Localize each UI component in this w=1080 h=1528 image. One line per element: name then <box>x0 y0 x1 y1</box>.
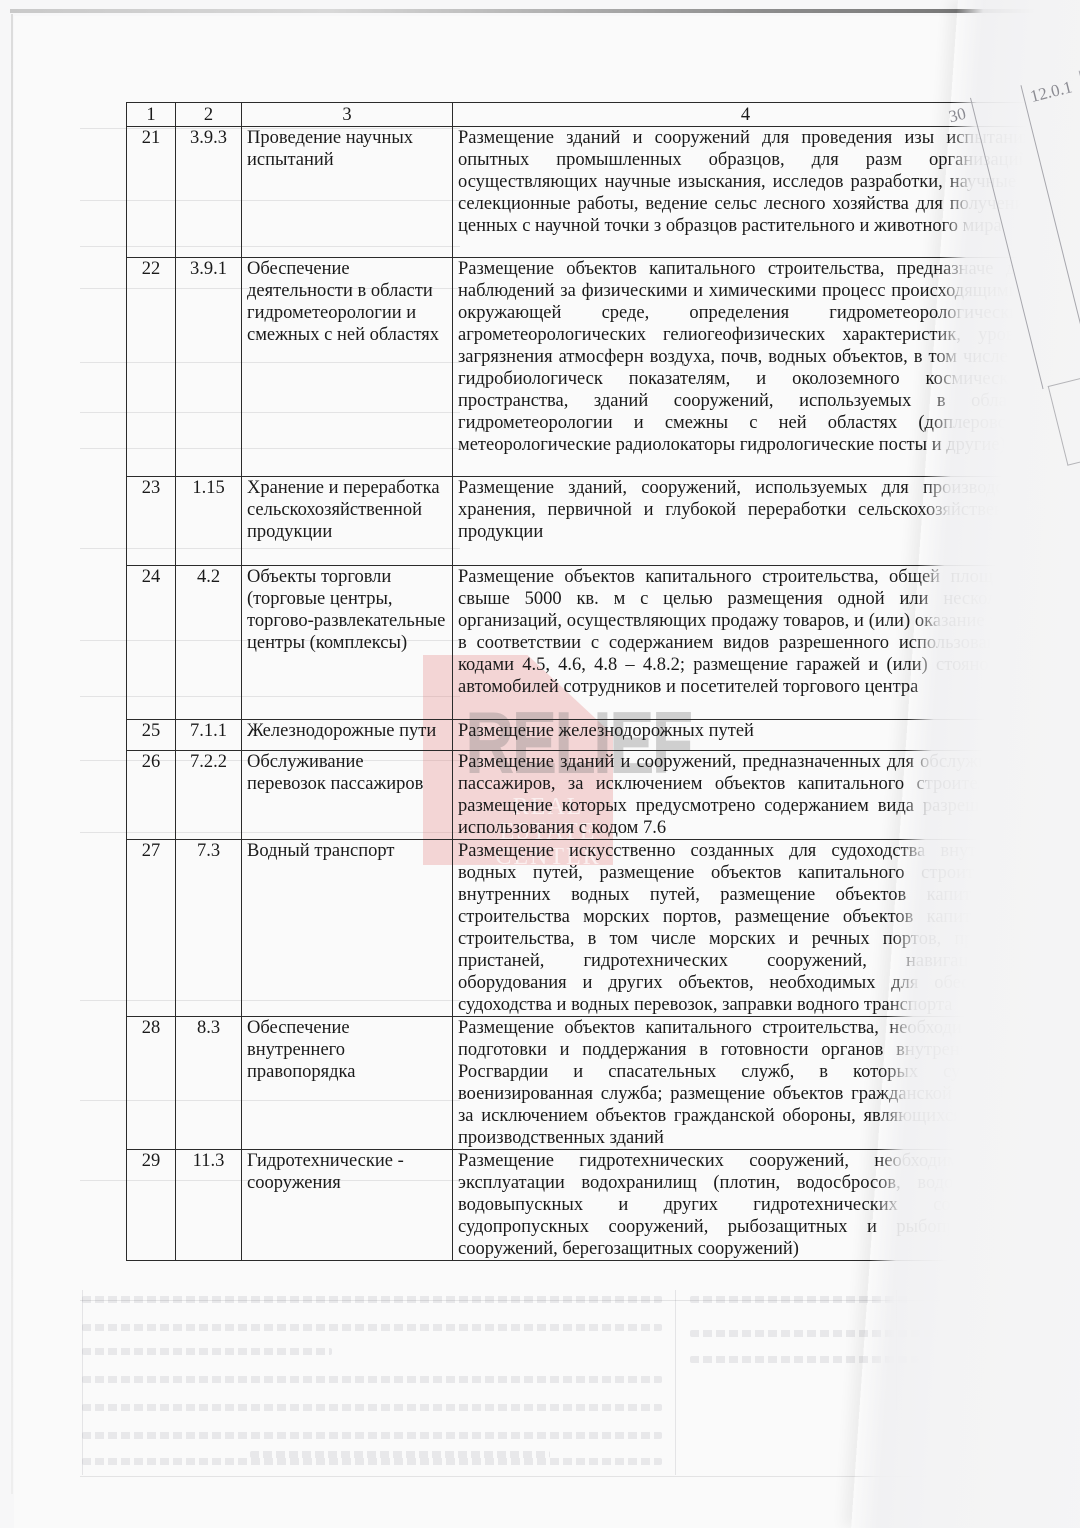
ghost-rule <box>80 1476 960 1477</box>
row-number: 29 <box>127 1150 176 1261</box>
table-row: 244.2Объекты торговли (торговые центры, … <box>127 566 1039 720</box>
row-code: 3.9.3 <box>176 127 242 258</box>
ghost-rule <box>675 1290 676 1475</box>
ghost-text <box>82 1348 332 1355</box>
ghost-text <box>82 1404 662 1411</box>
table-row: 223.9.1Обеспечение деятельности в област… <box>127 258 1039 477</box>
row-code: 4.2 <box>176 566 242 720</box>
row-use-name: Объекты торговли (торговые центры, торго… <box>242 566 453 720</box>
row-use-name: Гидротехнические - сооружения <box>242 1150 453 1261</box>
row-use-name: Обеспечение деятельности в области гидро… <box>242 258 453 477</box>
row-use-name: Обеспечение внутреннего правопорядка <box>242 1017 453 1150</box>
ghost-rule <box>82 1290 83 1475</box>
row-code: 11.3 <box>176 1150 242 1261</box>
row-number: 24 <box>127 566 176 720</box>
row-code: 7.3 <box>176 840 242 1017</box>
ghost-text <box>82 1296 662 1303</box>
column-header-number: 1 <box>127 103 176 127</box>
row-number: 27 <box>127 840 176 1017</box>
row-use-name: Железнодорожные пути <box>242 720 453 751</box>
ghost-text <box>82 1432 662 1439</box>
row-use-name: Водный транспорт <box>242 840 453 1017</box>
scanner-edge-top <box>10 9 1080 13</box>
row-number: 25 <box>127 720 176 751</box>
ghost-text <box>82 1458 662 1465</box>
row-use-name: Хранение и переработка сельскохозяйствен… <box>242 477 453 566</box>
scanner-edge-left <box>11 14 13 1494</box>
row-code: 8.3 <box>176 1017 242 1150</box>
row-number: 23 <box>127 477 176 566</box>
row-number: 21 <box>127 127 176 258</box>
ghost-text <box>82 1376 662 1383</box>
row-number: 28 <box>127 1017 176 1150</box>
table-row: 231.15Хранение и переработка сельскохозя… <box>127 477 1039 566</box>
ghost-text <box>250 1451 550 1458</box>
row-use-name: Обслуживание перевозок пассажиров <box>242 751 453 840</box>
column-header-code: 2 <box>176 103 242 127</box>
row-number: 22 <box>127 258 176 477</box>
row-code: 3.9.1 <box>176 258 242 477</box>
row-number: 26 <box>127 751 176 840</box>
row-use-name: Проведение научных испытаний <box>242 127 453 258</box>
table-row: 213.9.3Проведение научных испытанийРазме… <box>127 127 1039 258</box>
row-code: 7.2.2 <box>176 751 242 840</box>
row-code: 1.15 <box>176 477 242 566</box>
column-header-name: 3 <box>242 103 453 127</box>
ghost-text <box>82 1324 662 1331</box>
table-header-row: 1 2 3 4 <box>127 103 1039 127</box>
overlapping-cell-text: 12.0.1 <box>1028 77 1074 107</box>
table-row: 257.1.1Железнодорожные путиРазмещение же… <box>127 720 1039 751</box>
row-code: 7.1.1 <box>176 720 242 751</box>
